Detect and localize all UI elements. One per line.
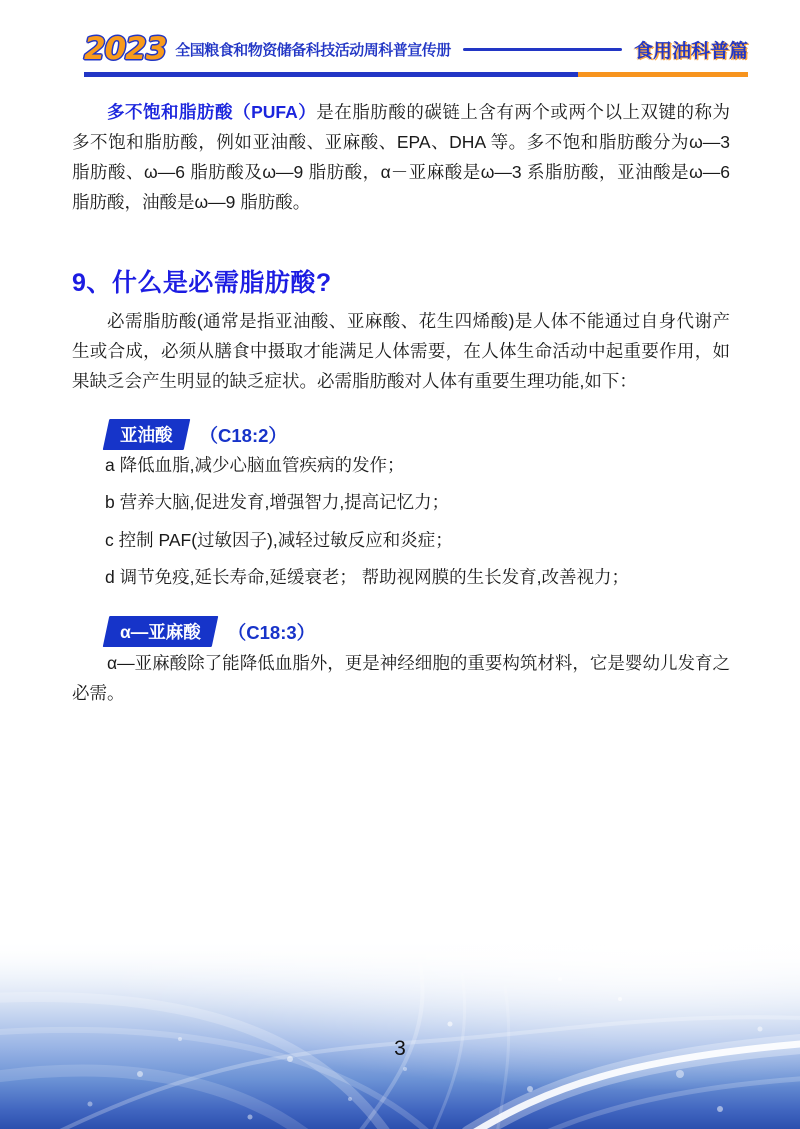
header-rule-orange [578,72,748,77]
brochure-page: 2023 全国粮食和物资储备科技活动周科普宣传册 食用油科普篇 多不饱和脂肪酸（… [0,0,800,1129]
list-item: b 营养大脑,促进发育,增强智力,提高记忆力； [105,484,730,521]
header-rule-bar [84,72,748,77]
pufa-lead-term: 多不饱和脂肪酸（PUFA） [107,102,316,122]
list-item: d 调节免疫,延长寿命,延缓衰老； 帮助视网膜的生长发育,改善视力； [105,559,730,596]
linoleic-formula: （C18:2） [200,422,287,448]
header-divider-line [463,48,622,51]
linolenic-formula: （C18:3） [228,619,315,645]
linoleic-badge-label: 亚油酸 [120,422,173,447]
linolenic-badge-label: α—亚麻酸 [120,619,201,644]
list-item: a 降低血脂,减少心脑血管疾病的发作； [105,447,730,484]
year-logo: 2023 [84,34,166,65]
header-rule-blue [84,72,578,77]
linoleic-function-list: a 降低血脂,减少心脑血管疾病的发作； b 营养大脑,促进发育,增强智力,提高记… [72,447,730,596]
footer-wave-zone: 3 [0,939,800,1129]
page-header: 2023 全国粮食和物资储备科技活动周科普宣传册 食用油科普篇 [84,34,748,77]
linolenic-paragraph: α—亚麻酸除了能降低血脂外，更是神经细胞的重要构筑材料，它是婴幼儿发育之必需。 [72,648,730,708]
page-number: 3 [0,1037,800,1061]
linoleic-badge: 亚油酸 [103,419,190,450]
brochure-title: 全国粮食和物资储备科技活动周科普宣传册 [175,39,451,60]
linoleic-badge-row: 亚油酸 （C18:2） [72,419,287,450]
section-heading: 9、什么是必需脂肪酸? [72,263,730,299]
wave-graphic [0,939,800,1129]
list-item: c 控制 PAF(过敏因子),减轻过敏反应和炎症； [105,522,730,559]
pufa-paragraph: 多不饱和脂肪酸（PUFA）是在脂肪酸的碳链上含有两个或两个以上双键的称为多不饱和… [72,97,730,217]
linolenic-badge: α—亚麻酸 [103,616,218,647]
essential-fatty-acid-paragraph: 必需脂肪酸(通常是指亚油酸、亚麻酸、花生四烯酸)是人体不能通过自身代谢产生或合成… [72,306,730,396]
edition-label: 食用油科普篇 [634,36,748,63]
linolenic-badge-row: α—亚麻酸 （C18:3） [72,616,315,647]
